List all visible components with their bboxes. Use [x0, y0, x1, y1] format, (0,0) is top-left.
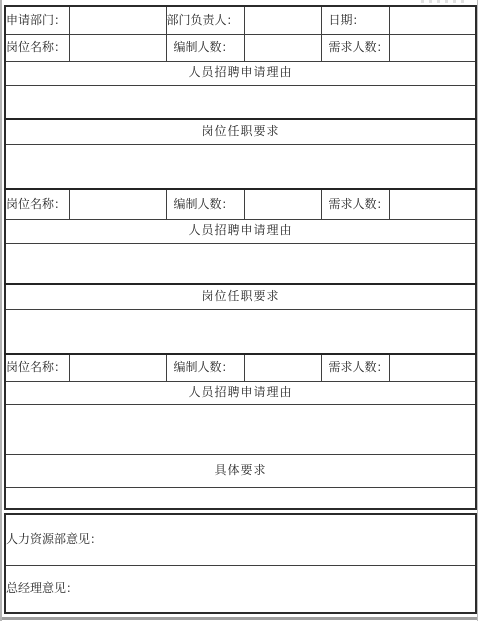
gm-opinion-row: 总经理意见：	[5, 565, 476, 613]
headcount-value-cell[interactable]	[244, 189, 321, 219]
reason-entry-area[interactable]	[5, 85, 476, 119]
reason-title-row-1: 人员招聘申请理由	[5, 61, 476, 85]
requirements-title-row-1: 岗位任职要求	[5, 119, 476, 144]
reason-entry-area[interactable]	[5, 243, 476, 284]
hr-opinion-cell[interactable]: 人力资源部意见：	[5, 514, 476, 565]
headcount-value-cell[interactable]	[244, 34, 321, 61]
headcount-label: 编制人数：	[166, 354, 244, 381]
requirements-entry-row-2	[5, 309, 476, 354]
position-name-value-cell[interactable]	[69, 354, 166, 381]
reason-title-row-2: 人员招聘申请理由	[5, 219, 476, 243]
reason-entry-row-2	[5, 243, 476, 284]
demand-value-cell[interactable]	[389, 34, 476, 61]
page-edge-right	[477, 0, 478, 621]
demand-label: 需求人数：	[321, 354, 389, 381]
specific-entry-area[interactable]	[5, 487, 476, 509]
demand-label: 需求人数：	[321, 34, 389, 61]
headcount-label: 编制人数：	[166, 34, 244, 61]
headcount-label: 编制人数：	[166, 189, 244, 219]
apply-dept-label: 申请部门：	[5, 6, 69, 34]
headcount-value-cell[interactable]	[244, 354, 321, 381]
requirements-title-row-2: 岗位任职要求	[5, 284, 476, 309]
reason-title: 人员招聘申请理由	[5, 61, 476, 85]
reason-title: 人员招聘申请理由	[5, 381, 476, 404]
demand-label: 需求人数：	[321, 189, 389, 219]
specific-entry-row	[5, 487, 476, 509]
reason-entry-row-1	[5, 85, 476, 119]
requirements-entry-area[interactable]	[5, 309, 476, 354]
dept-head-value-cell[interactable]	[244, 6, 321, 34]
recruitment-form-table: 申请部门： 部门负责人： 日期： 岗位名称： 编制人数： 需求人数： 人员招聘申…	[4, 5, 477, 510]
date-label: 日期：	[321, 6, 389, 34]
header-fields-row-1: 申请部门： 部门负责人： 日期：	[5, 6, 476, 34]
dept-head-label: 部门负责人：	[166, 6, 244, 34]
position-name-label: 岗位名称：	[5, 34, 69, 61]
position-name-value-cell[interactable]	[69, 189, 166, 219]
demand-value-cell[interactable]	[389, 354, 476, 381]
specific-requirements-title: 具体要求	[5, 454, 476, 487]
apply-dept-value-cell[interactable]	[69, 6, 166, 34]
position-fields-row-3: 岗位名称： 编制人数： 需求人数：	[5, 354, 476, 381]
reason-title-row-3: 人员招聘申请理由	[5, 381, 476, 404]
page-edge-bottom	[2, 617, 477, 620]
gm-opinion-cell[interactable]: 总经理意见：	[5, 565, 476, 613]
approval-table: 人力资源部意见： 总经理意见：	[4, 513, 477, 614]
scan-artifact	[421, 0, 469, 3]
hr-opinion-row: 人力资源部意见：	[5, 514, 476, 565]
reason-entry-row-3	[5, 404, 476, 454]
position-fields-row-2: 岗位名称： 编制人数： 需求人数：	[5, 189, 476, 219]
page-edge-left	[0, 0, 2, 621]
position-name-label: 岗位名称：	[5, 354, 69, 381]
requirements-title: 岗位任职要求	[5, 119, 476, 144]
reason-title: 人员招聘申请理由	[5, 219, 476, 243]
position-name-value-cell[interactable]	[69, 34, 166, 61]
requirements-entry-area[interactable]	[5, 144, 476, 189]
position-name-label: 岗位名称：	[5, 189, 69, 219]
reason-entry-area[interactable]	[5, 404, 476, 454]
specific-title-row: 具体要求	[5, 454, 476, 487]
requirements-title: 岗位任职要求	[5, 284, 476, 309]
document-page: 申请部门： 部门负责人： 日期： 岗位名称： 编制人数： 需求人数： 人员招聘申…	[0, 0, 479, 622]
demand-value-cell[interactable]	[389, 189, 476, 219]
date-value-cell[interactable]	[389, 6, 476, 34]
position-fields-row-1: 岗位名称： 编制人数： 需求人数：	[5, 34, 476, 61]
requirements-entry-row-1	[5, 144, 476, 189]
